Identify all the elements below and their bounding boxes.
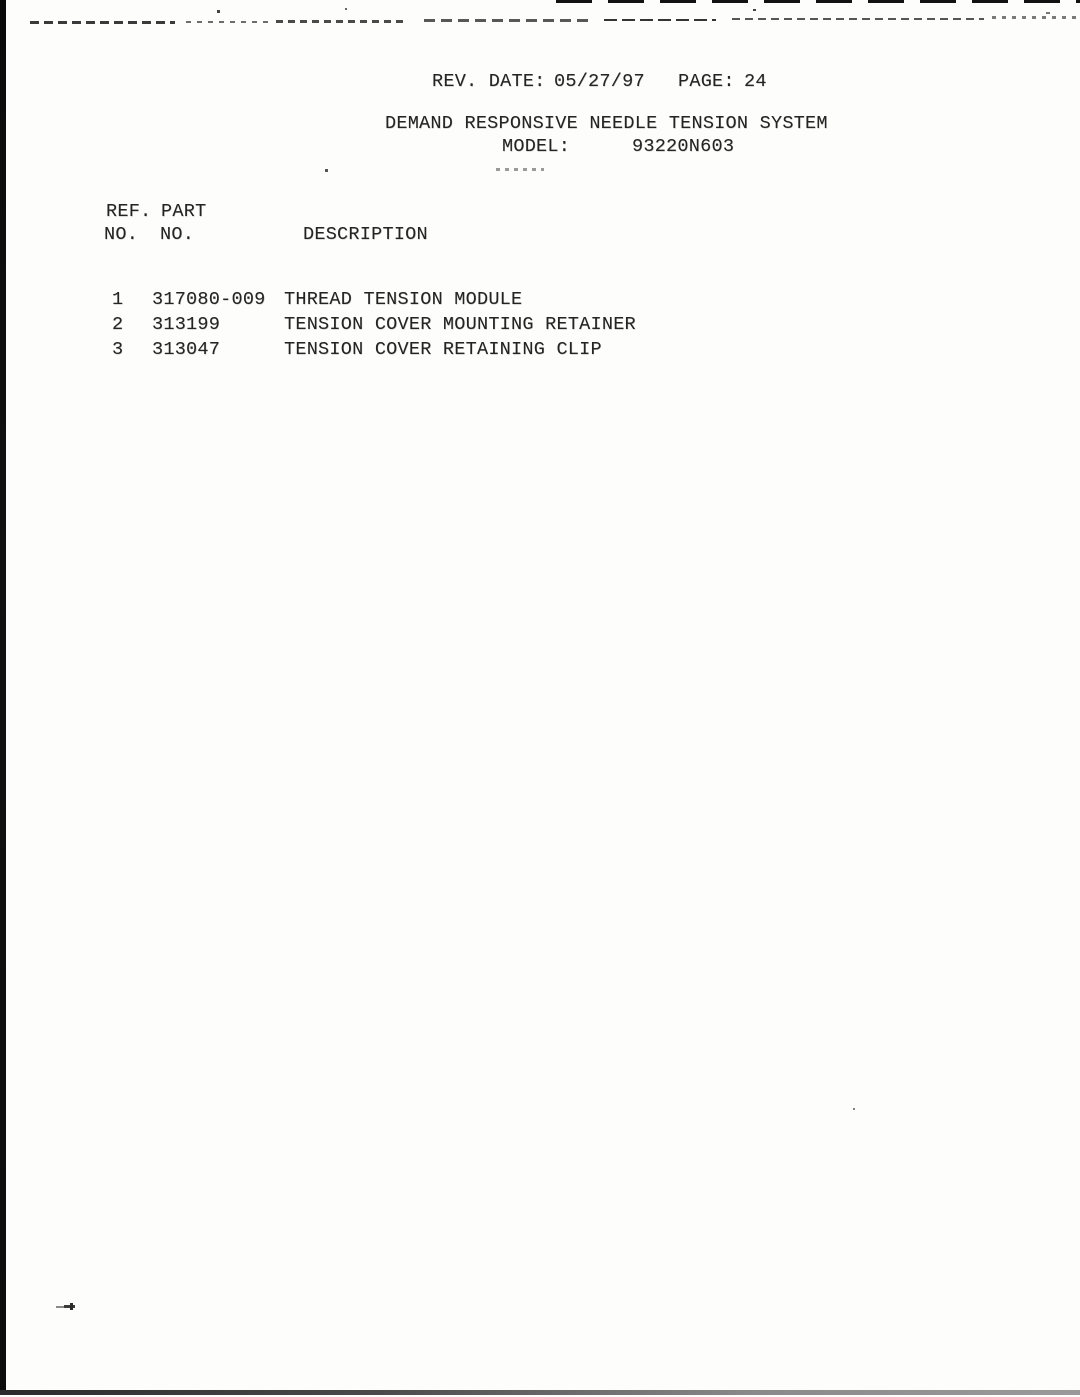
table-header-ref-line2: NO. <box>104 224 138 246</box>
scan-left-edge-bar <box>0 0 6 1393</box>
scan-speck <box>325 169 328 172</box>
page-label: PAGE: <box>678 71 735 93</box>
table-header-ref-line1: REF. <box>106 201 151 223</box>
row-part-no: 317080-009 <box>152 289 266 311</box>
scan-speck <box>1046 12 1050 14</box>
scan-dashed-line-segment <box>30 21 175 24</box>
scan-speck <box>853 1108 855 1110</box>
row-part-no: 313047 <box>152 339 220 361</box>
row-ref-no: 1 <box>112 289 123 311</box>
scan-dashed-line-segment <box>992 16 1076 19</box>
rev-date-label: REV. DATE: <box>432 71 546 93</box>
scan-dashed-line-segment <box>604 19 716 22</box>
row-description: THREAD TENSION MODULE <box>284 289 522 311</box>
scan-top-edge-line <box>556 0 1080 3</box>
scan-dashed-line-segment <box>424 19 592 22</box>
table-header-description: DESCRIPTION <box>303 224 428 246</box>
row-description: TENSION COVER RETAINING CLIP <box>284 339 602 361</box>
model-value: 93220N603 <box>632 136 734 158</box>
document-title: DEMAND RESPONSIVE NEEDLE TENSION SYSTEM <box>385 113 828 135</box>
scan-speck <box>345 8 347 10</box>
scan-speck <box>217 10 220 13</box>
page-number: 24 <box>744 71 767 93</box>
row-description: TENSION COVER MOUNTING RETAINER <box>284 314 636 336</box>
row-ref-no: 2 <box>112 314 123 336</box>
scan-dashed-line-segment <box>276 20 404 23</box>
scan-dashed-line-segment <box>732 18 984 21</box>
scan-speck <box>753 9 756 11</box>
model-label: MODEL: <box>502 136 570 158</box>
scan-smudge <box>496 168 544 171</box>
rev-date-value: 05/27/97 <box>554 71 645 93</box>
scan-bottom-edge-bar <box>0 1390 1080 1395</box>
scan-dashed-line-segment <box>186 21 268 24</box>
table-header-part-line1: PART <box>161 201 206 223</box>
scanned-document-page: REV. DATE: 05/27/97 PAGE: 24 DEMAND RESP… <box>0 0 1080 1397</box>
row-ref-no: 3 <box>112 339 123 361</box>
row-part-no: 313199 <box>152 314 220 336</box>
scan-corner-mark <box>70 1303 73 1310</box>
table-header-part-line2: NO. <box>160 224 194 246</box>
